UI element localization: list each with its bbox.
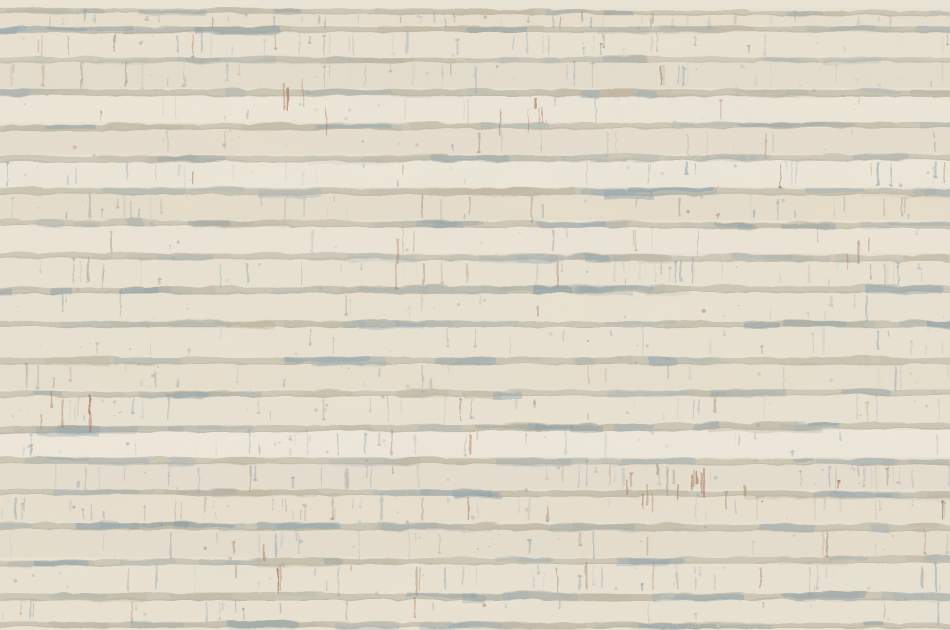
cork-texture-photo: [0, 0, 950, 630]
cork-texture-canvas: [0, 0, 950, 630]
